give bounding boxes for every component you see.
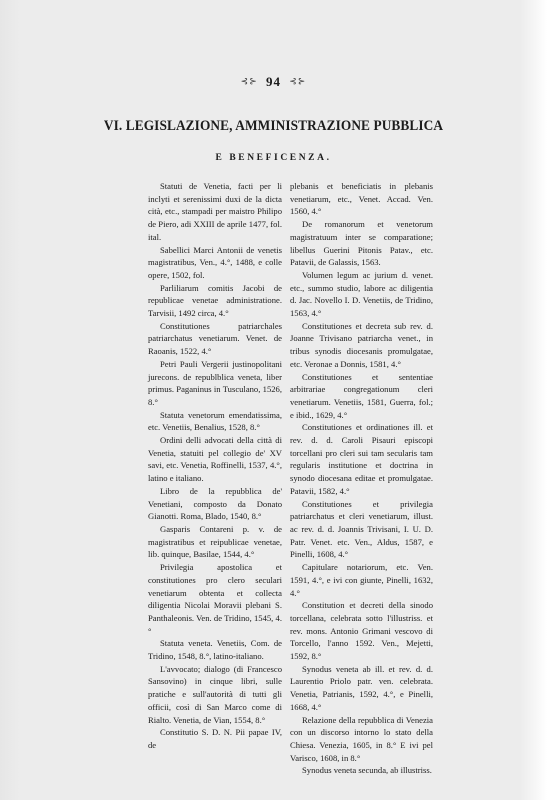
bibliography-entry: Constitutiones et privilegia patriarchat… (290, 498, 433, 562)
bibliography-entry: Relazione della repubblica di Venezia co… (290, 714, 433, 765)
right-column: plebanis et beneficiatis in plebanis ven… (290, 180, 433, 777)
bibliography-entry: L'avvocato; dialogo (di Francesco Sansov… (148, 663, 282, 727)
bibliography-entry: Statuta veneta. Venetiis, Com. de Tridin… (148, 637, 282, 662)
section-subtitle: E BENEFICENZA. (0, 153, 547, 163)
book-page: ⊰⊱ 94 ⊰⊱ VI. LEGISLAZIONE, AMMINISTRAZIO… (0, 0, 547, 800)
bibliography-entry: De romanorum et venetorum magistratuum i… (290, 218, 433, 269)
bibliography-entry: Gasparis Contareni p. v. de magistratibu… (148, 523, 282, 561)
ornament-left-icon: ⊰⊱ (241, 76, 258, 86)
bibliography-entry: Constitutiones patriarchales patriarchat… (148, 320, 282, 358)
bibliography-entry: Constitutiones et decreta sub rev. d. Jo… (290, 320, 433, 371)
page-number-text: 94 (266, 74, 281, 89)
bibliography-entry-continuation: plebanis et beneficiatis in plebanis ven… (290, 180, 433, 218)
bibliography-entry: Constitutiones et sententiae arbitrariae… (290, 371, 433, 422)
ornament-right-icon: ⊰⊱ (289, 76, 306, 86)
bibliography-entry: Volumen legum ac jurium d. venet. etc., … (290, 269, 433, 320)
page-number: ⊰⊱ 94 ⊰⊱ (0, 74, 547, 90)
bibliography-entry: Petri Pauli Vergerii justinopolitani jur… (148, 358, 282, 409)
bibliography-entry: Constitution et decreti della sinodo tor… (290, 599, 433, 663)
bibliography-entry: Statuta venetorum emendatissima, etc. Ve… (148, 409, 282, 434)
bibliography-entry: Synodus veneta secunda, ab illustriss. (290, 764, 433, 777)
bibliography-entry: Libro de la repubblica de' Venetiani, co… (148, 485, 282, 523)
bibliography-entry: Synodus veneta ab ill. et rev. d. d. Lau… (290, 663, 433, 714)
bibliography-entry: Sabellici Marci Antonii de venetis magis… (148, 244, 282, 282)
bibliography-entry: Constitutio S. D. N. Pii papae IV, de (148, 726, 282, 751)
bibliography-entry: Capitulare notariorum, etc. Ven. 1591, 4… (290, 561, 433, 599)
bibliography-entry: Statuti de Venetia, facti per li inclyti… (148, 180, 282, 244)
left-column: Statuti de Venetia, facti per li inclyti… (148, 180, 282, 752)
bibliography-entry: Ordini delli advocati della città di Ven… (148, 434, 282, 485)
bibliography-entry: Constitutiones et ordinationes ill. et r… (290, 421, 433, 497)
bibliography-entry: Privilegia apostolica et constitutiones … (148, 561, 282, 637)
bibliography-entry: Parliliarum comitis Jacobi de republicae… (148, 282, 282, 320)
section-title: VI. LEGISLAZIONE, AMMINISTRAZIONE PUBBLI… (22, 118, 525, 135)
